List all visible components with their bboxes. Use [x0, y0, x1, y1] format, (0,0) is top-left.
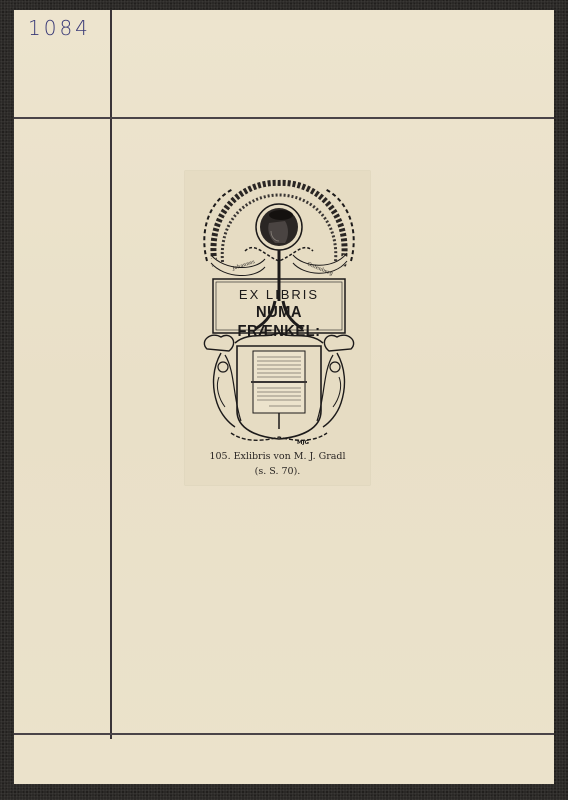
- bookplate-clipping: Johannes Gutenberg MJG EX LIBRIS NUMA FR…: [185, 171, 370, 485]
- right-angel-figure-icon: [317, 335, 354, 427]
- bookplate-title: EX LIBRIS NUMA FRÆNKEL:: [219, 287, 339, 341]
- inventory-number: 1084: [28, 16, 91, 40]
- horizontal-rule-bottom: [14, 733, 554, 735]
- artist-monogram: MJG: [297, 440, 310, 446]
- left-angel-figure-icon: [204, 335, 241, 427]
- catalog-card: 1084: [14, 10, 554, 784]
- caption-line-2: (s. S. 70).: [185, 464, 370, 479]
- ex-libris-label: EX LIBRIS: [219, 287, 339, 303]
- bookplate-caption: 105. Exlibris von M. J. Gradl (s. S. 70)…: [185, 449, 370, 479]
- owner-name: NUMA FRÆNKEL:: [224, 303, 334, 341]
- portrait-medallion-icon: [256, 204, 302, 250]
- caption-line-1: 105. Exlibris von M. J. Gradl: [185, 449, 370, 464]
- vertical-rule: [110, 10, 112, 739]
- horizontal-rule-top: [14, 117, 554, 119]
